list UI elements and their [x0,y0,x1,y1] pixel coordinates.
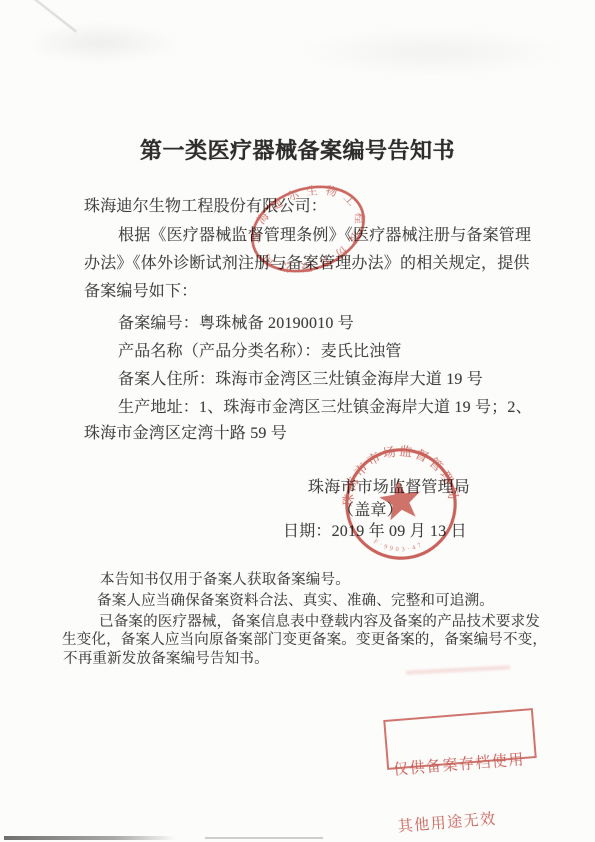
scan-edge-shadow [205,837,323,839]
seal-star-icon [377,477,423,522]
company-oval-seal-stamp: 珠海迪尔生物工程股份有限公司 [213,147,403,311]
scanned-document-page: 第一类医疗器械备案编号告知书 珠海迪尔生物工程股份有限公司： 根据《医疗器械监督… [0,0,595,842]
note-line-1: 本告知书仅用于备案人获取备案编号。 [100,571,350,589]
record-number-line: 备案编号：粤珠械备 20190010 号 [118,314,354,334]
product-name-line: 产品名称（产品分类名称）：麦氏比浊管 [118,342,402,362]
scan-smudge [35,22,180,64]
note-line-2: 备案人应当确保备案资料合法、真实、准确、完整和可追溯。 [97,592,494,610]
agency-round-seal-stamp: 珠海市市场监督管理局 F·9903·47 [329,432,474,577]
scan-smudge [300,28,565,76]
production-address-line-1: 生产地址：1、珠海市金湾区三灶镇金海岸大道 19 号；2、 [118,398,532,418]
production-address-line-2: 珠海市金湾区定湾十路 59 号 [84,424,287,444]
svg-text:珠海迪尔生物工程股份有限公司: 珠海迪尔生物工程股份有限公司 [237,168,380,289]
intro-line-3: 备案编号如下： [84,282,197,302]
archive-stamp-line-1: 仅供备案存档使用 [393,750,532,780]
document-title: 第一类医疗器械备案编号告知书 [0,134,595,165]
archive-stamp-line-2: 其他用途无效 [397,807,536,837]
scan-edge-shadow [4,836,176,840]
note-line-3: 已备案的医疗器械，备案信息表中登载内容及备案的产品技术要求发 [99,613,540,631]
note-line-5: 不再重新发放备案编号告知书。 [63,650,269,668]
registrant-address-line: 备案人住所：珠海市金湾区三灶镇金海岸大道 19 号 [118,370,483,390]
stamp-ink-smear [406,665,510,674]
archive-use-rect-stamp: 仅供备案存档使用 其他用途无效 [383,708,537,770]
note-line-4: 生变化，备案人应当向原备案部门变更备案。变更备案的，备案编号不变， [62,631,547,649]
company-seal-text: 珠海迪尔生物工程股份有限公司 [237,168,380,289]
fold-mark [33,0,77,32]
